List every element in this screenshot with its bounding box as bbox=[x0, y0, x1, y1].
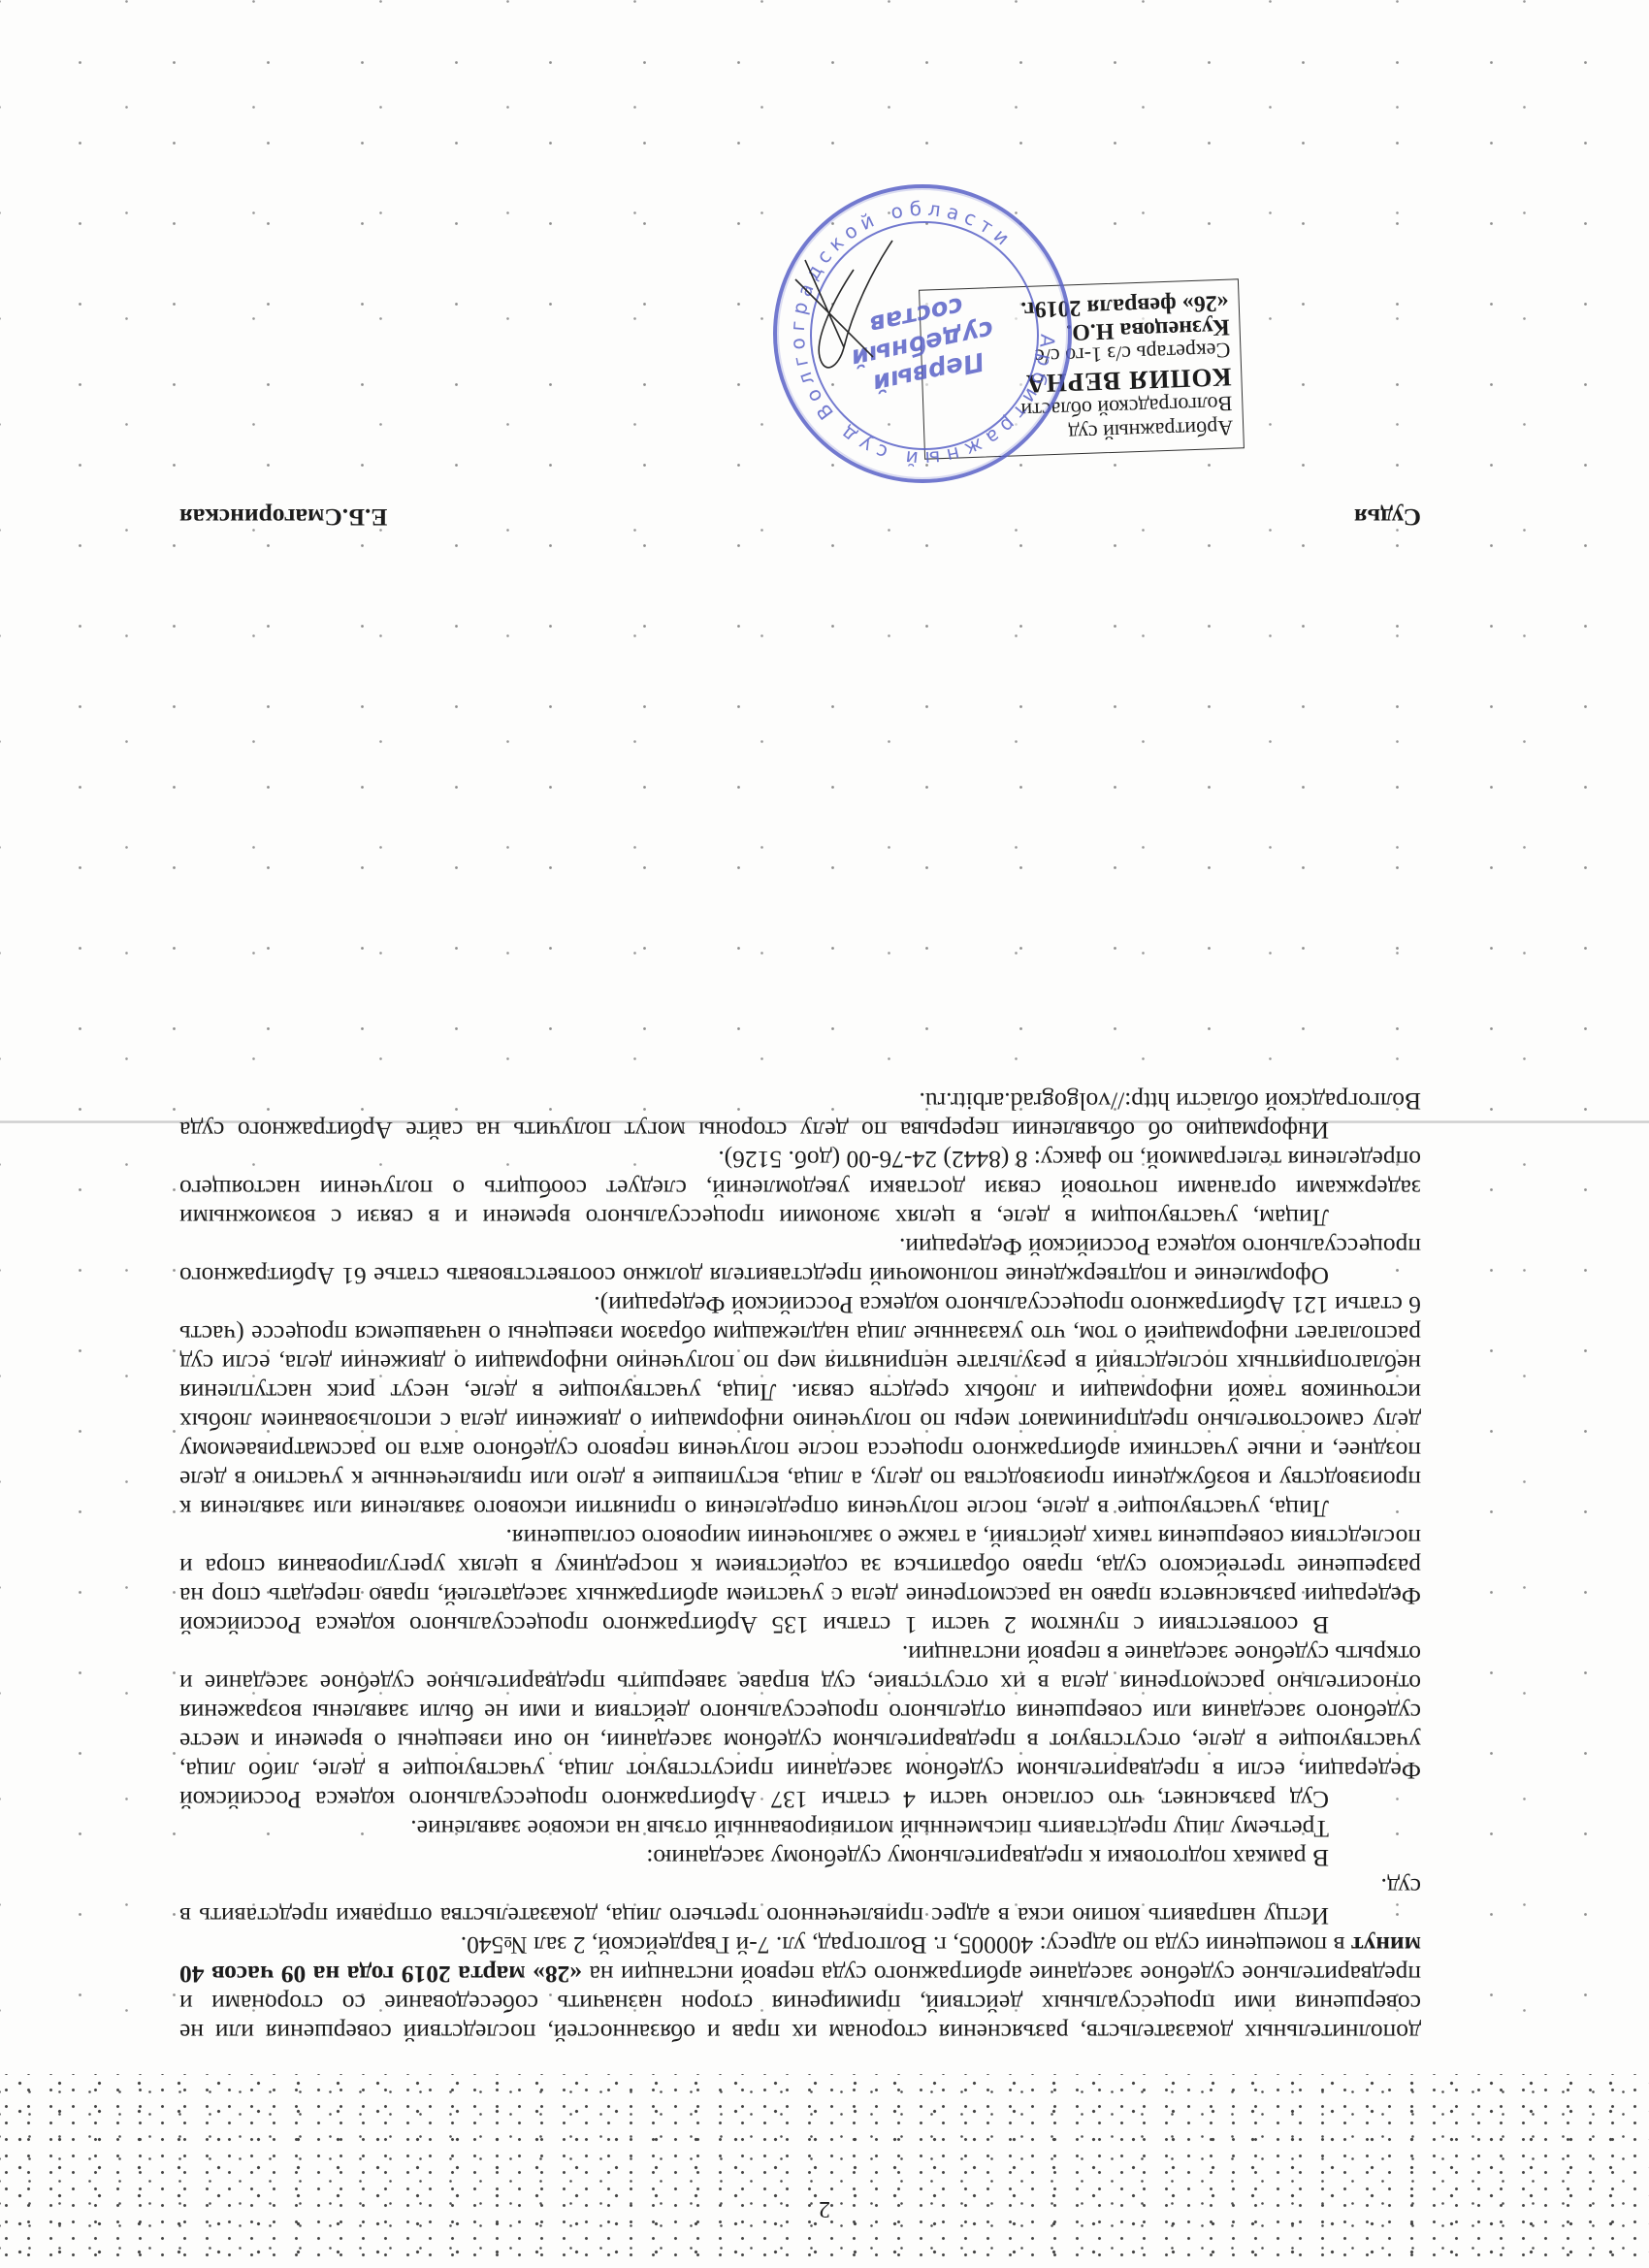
paragraph-hearing-date: дополнительных доказательств, разъяснени… bbox=[179, 1930, 1421, 2047]
scan-noise-dense bbox=[0, 2074, 1649, 2268]
document-page: 2 дополнительных доказательств, разъясне… bbox=[0, 0, 1649, 2268]
signature-title: Судья bbox=[1354, 502, 1421, 532]
paragraph-article-137: Суд разъясняет, что согласно части 4 ста… bbox=[179, 1639, 1421, 1814]
paragraph-participants-info: Лица, участвующие в деле, после получени… bbox=[179, 1290, 1421, 1523]
paragraph-preparation: В рамках подготовки к предварительному с… bbox=[179, 1843, 1421, 1872]
handwritten-signature bbox=[776, 231, 912, 386]
paragraph-website-info: Информацию об объявлении перерыва по дел… bbox=[179, 1086, 1421, 1145]
paragraph-article-135: В соответствии с пунктом 2 части 1 стать… bbox=[179, 1523, 1421, 1639]
paragraph-third-party: Третьему лицу представить письменный мот… bbox=[179, 1814, 1421, 1843]
paragraph-plaintiff-instruction: Истцу направить копию иска в адрес привл… bbox=[179, 1872, 1421, 1930]
paragraph-notification: Лицам, участвующим в деле, в целях эконо… bbox=[179, 1145, 1421, 1232]
page-number: 2 bbox=[0, 2195, 1649, 2221]
judge-name: Е.Б.Смагоринская bbox=[179, 502, 387, 532]
document-body: дополнительных доказательств, разъяснени… bbox=[179, 1086, 1421, 2047]
paragraph-representative-powers: Оформление и подтверждение полномочий пр… bbox=[179, 1232, 1421, 1290]
signature-row: Судья Е.Б.Смагоринская bbox=[179, 502, 1421, 532]
